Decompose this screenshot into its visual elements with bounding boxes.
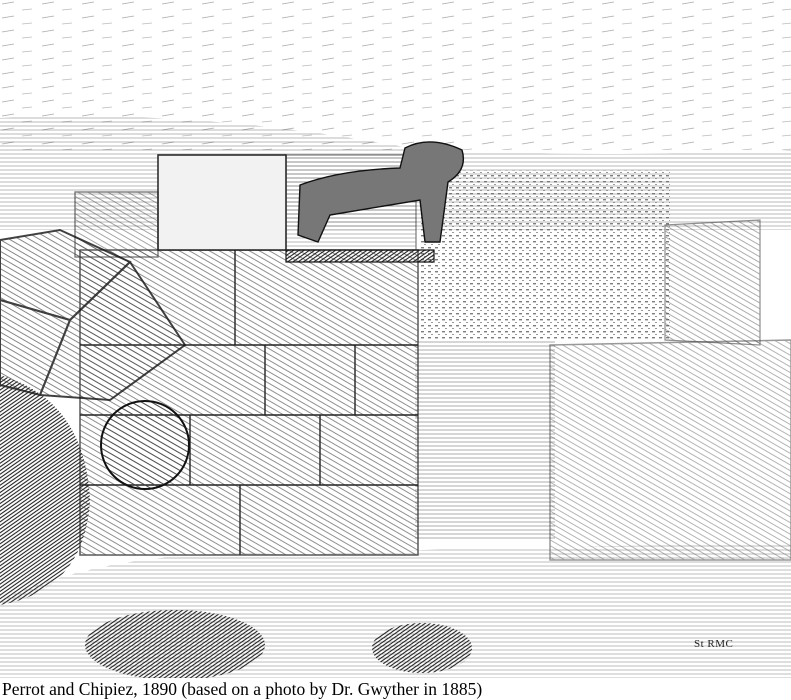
image-caption: Perrot and Chipiez, 1890 (based on a pho… <box>2 678 482 700</box>
artist-signature: St RMC <box>694 638 733 650</box>
lion-ledge <box>286 250 434 262</box>
hillside-town <box>420 170 670 340</box>
round-stone <box>101 401 189 489</box>
right-wall-upper <box>665 220 760 345</box>
engraving-illustration <box>0 0 791 678</box>
terraced-valley <box>415 340 555 540</box>
dark-arch <box>0 375 90 605</box>
upper-stone-block <box>158 155 286 250</box>
right-wall-lower <box>550 340 791 560</box>
foreground-hollow-right <box>372 623 472 673</box>
foreground-hollow-left <box>85 610 265 678</box>
